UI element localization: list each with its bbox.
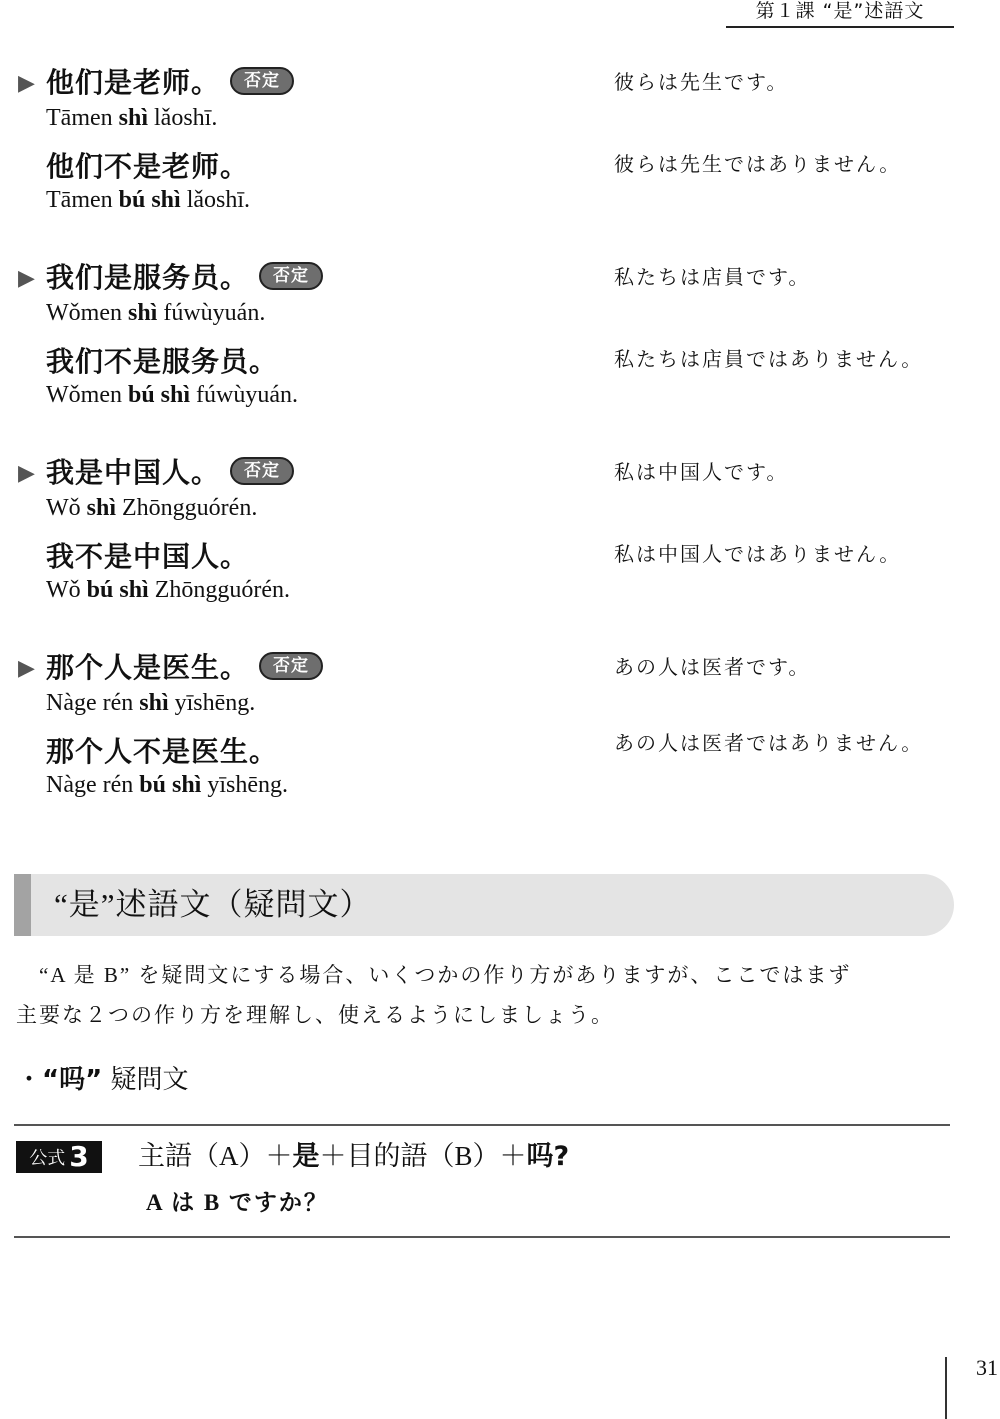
negative-sentence: 他们不是老师。 bbox=[46, 150, 249, 184]
formula-label: 公式3 bbox=[16, 1141, 102, 1173]
negation-badge: 否定 bbox=[230, 457, 294, 485]
formula-meaning: A は B ですか？ bbox=[146, 1188, 329, 1218]
affirmative-sentence: ▶我们是服务员。否定 bbox=[46, 261, 323, 295]
negation-badge: 否定 bbox=[259, 262, 323, 290]
negative-pinyin: Nàge rén bú shì yīshēng. bbox=[46, 771, 288, 799]
negative-translation: 私は中国人ではありません。 bbox=[614, 542, 901, 568]
page-number-rule bbox=[945, 1357, 947, 1419]
affirmative-pinyin: Tāmen shì lǎoshī. bbox=[46, 104, 217, 132]
affirmative-sentence: ▶那个人是医生。否定 bbox=[46, 651, 323, 685]
negative-translation: あの人は医者ではありません。 bbox=[614, 731, 923, 757]
affirmative-translation: 私たちは店員です。 bbox=[614, 265, 810, 291]
affirmative-translation: 彼らは先生です。 bbox=[614, 70, 788, 96]
running-head: 第１課 “是”述語文 bbox=[726, 0, 954, 28]
negative-pinyin: Wǒ bú shì Zhōngguórén. bbox=[46, 576, 290, 604]
affirmative-pinyin: Wǒmen shì fúwùyuán. bbox=[46, 299, 265, 327]
subheading-ma-question: ・“吗” 疑問文 bbox=[16, 1063, 188, 1097]
page-number: 31 bbox=[976, 1355, 998, 1381]
section-title: “是”述語文（疑問文） bbox=[54, 885, 372, 925]
negative-translation: 彼らは先生ではありません。 bbox=[614, 152, 901, 178]
intro-paragraph: “A 是 B” を疑問文にする場合、いくつかの作り方がありますが、ここではまず … bbox=[16, 955, 966, 1035]
formula-pattern: 主語（A）＋是＋目的語（B）＋吗? bbox=[138, 1138, 569, 1175]
play-arrow-icon: ▶ bbox=[18, 262, 36, 296]
affirmative-pinyin: Nàge rén shì yīshēng. bbox=[46, 689, 255, 717]
negative-pinyin: Wǒmen bú shì fúwùyuán. bbox=[46, 381, 298, 409]
negative-pinyin: Tāmen bú shì lǎoshī. bbox=[46, 186, 250, 214]
negative-sentence: 那个人不是医生。 bbox=[46, 735, 278, 769]
negative-sentence: 我们不是服务员。 bbox=[46, 345, 278, 379]
play-arrow-icon: ▶ bbox=[18, 652, 36, 686]
play-arrow-icon: ▶ bbox=[18, 457, 36, 491]
affirmative-translation: 私は中国人です。 bbox=[614, 460, 788, 486]
formula-bottom-rule bbox=[14, 1236, 950, 1238]
affirmative-sentence: ▶我是中国人。否定 bbox=[46, 456, 294, 490]
play-arrow-icon: ▶ bbox=[18, 67, 36, 101]
negation-badge: 否定 bbox=[230, 67, 294, 95]
section-heading: “是”述語文（疑問文） bbox=[14, 874, 954, 936]
negative-translation: 私たちは店員ではありません。 bbox=[614, 347, 923, 373]
affirmative-translation: あの人は医者です。 bbox=[614, 655, 810, 681]
affirmative-pinyin: Wǒ shì Zhōngguórén. bbox=[46, 494, 257, 522]
section-accent-bar bbox=[14, 874, 31, 936]
negation-badge: 否定 bbox=[259, 652, 323, 680]
affirmative-sentence: ▶他们是老师。否定 bbox=[46, 66, 294, 100]
formula-top-rule bbox=[14, 1124, 950, 1126]
negative-sentence: 我不是中国人。 bbox=[46, 540, 249, 574]
